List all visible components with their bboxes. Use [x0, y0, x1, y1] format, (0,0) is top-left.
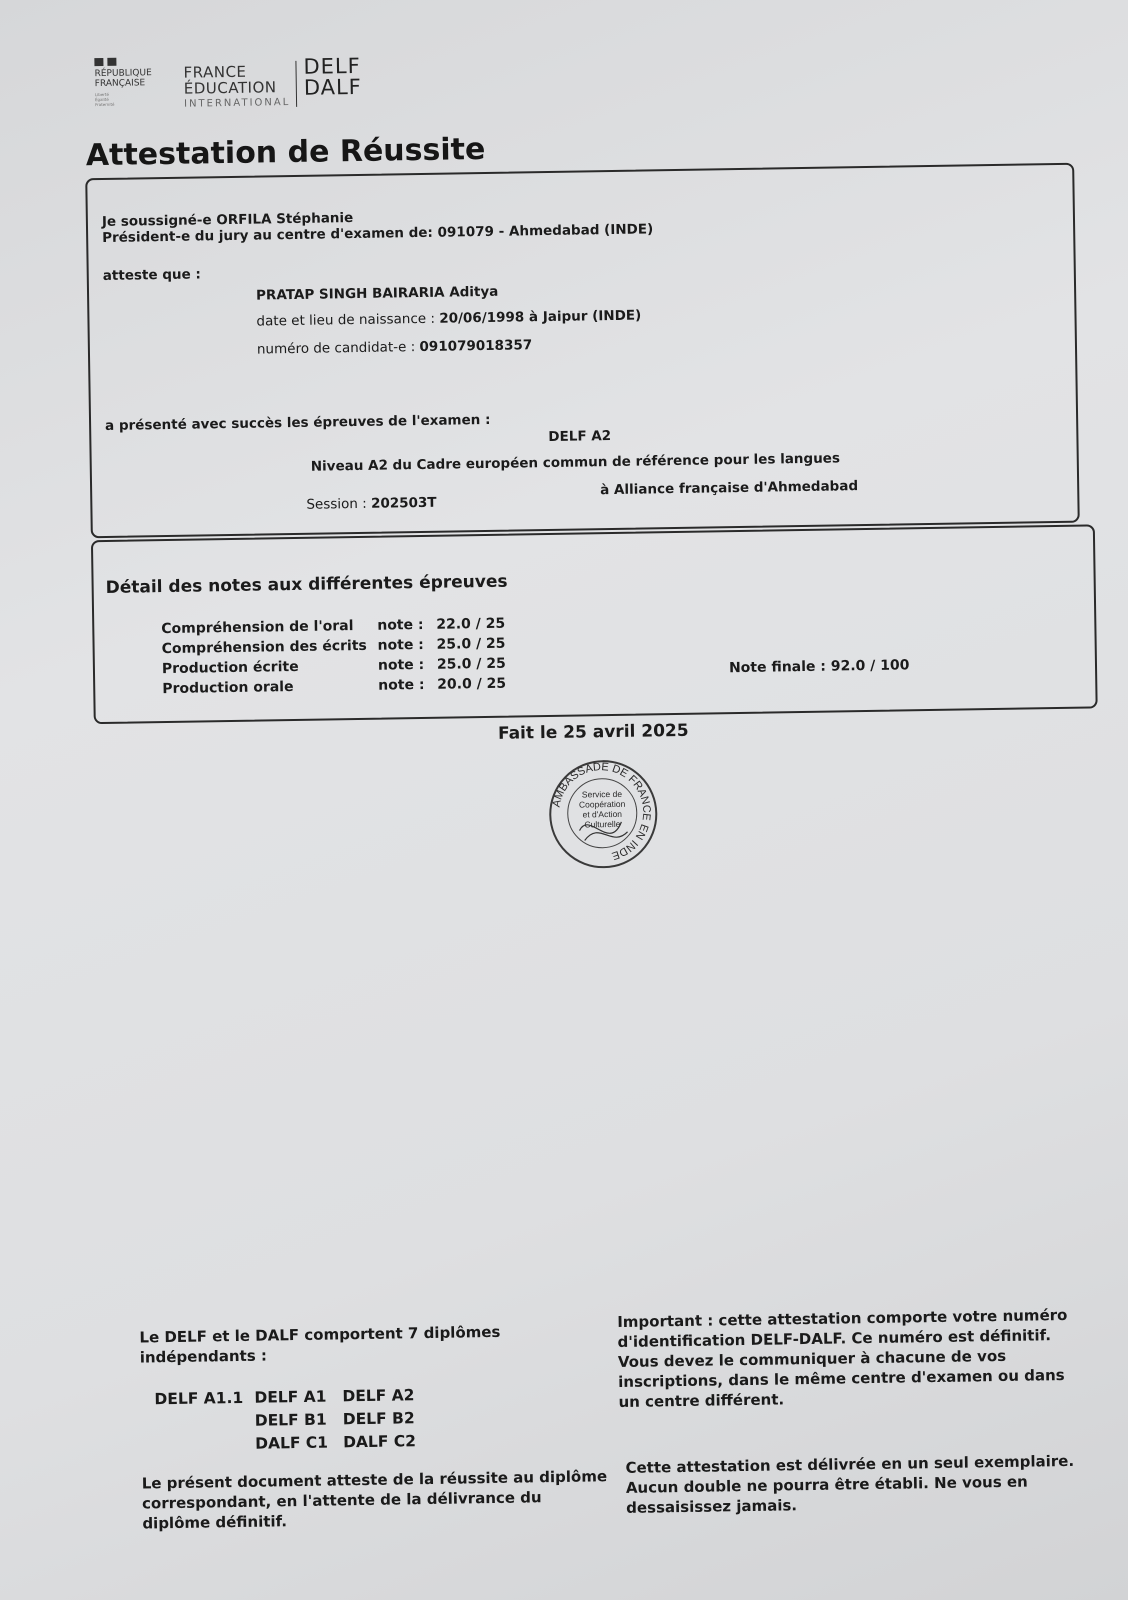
france-education-logo: FRANCE ÉDUCATION INTERNATIONAL	[183, 63, 290, 113]
single-copy-notice: Cette attestation est délivrée en un seu…	[625, 1451, 1074, 1518]
date-line: Fait le 25 avril 2025	[498, 721, 689, 744]
note-label: Production orale	[162, 679, 294, 697]
page-title: Attestation de Réussite	[86, 132, 486, 173]
exam-name: DELF A2	[548, 428, 611, 445]
note-label: Production écrite	[162, 659, 299, 677]
logo-divider	[295, 61, 297, 107]
diplomas-intro: Le DELF et le DALF comportent 7 diplômes…	[139, 1322, 501, 1368]
note-score: 22.0 / 25	[436, 616, 505, 633]
session: Session : 202503T	[306, 495, 436, 513]
atteste-que: atteste que :	[103, 266, 201, 284]
republique-francaise-logo: RÉPUBLIQUE FRANÇAISE Liberté Égalité Fra…	[94, 57, 152, 107]
diplomas-list: DELF A1.1 DELF A1 DELF A2 DELF B1 DELF B…	[154, 1385, 431, 1455]
note-label: Compréhension des écrits	[162, 638, 367, 657]
marianne-icon	[94, 57, 151, 66]
final-note: Note finale : 92.0 / 100	[729, 657, 910, 676]
provisional-note: Le présent document atteste de la réussi…	[142, 1466, 608, 1533]
embassy-stamp: AMBASSADE DE FRANCE EN INDE Service de C…	[548, 759, 658, 869]
notes-table: Compréhension de l'oral note : 22.0 / 25…	[0, 0, 1126, 2]
note-label: Compréhension de l'oral	[161, 618, 353, 637]
note-score: 25.0 / 25	[437, 656, 506, 673]
important-notice: Important : cette attestation comporte v…	[617, 1305, 1069, 1412]
note-score: 25.0 / 25	[436, 636, 505, 653]
document-page: RÉPUBLIQUE FRANÇAISE Liberté Égalité Fra…	[0, 0, 1128, 1600]
delf-dalf-logo: DELF DALF	[303, 56, 362, 99]
note-score: 20.0 / 25	[437, 676, 506, 693]
